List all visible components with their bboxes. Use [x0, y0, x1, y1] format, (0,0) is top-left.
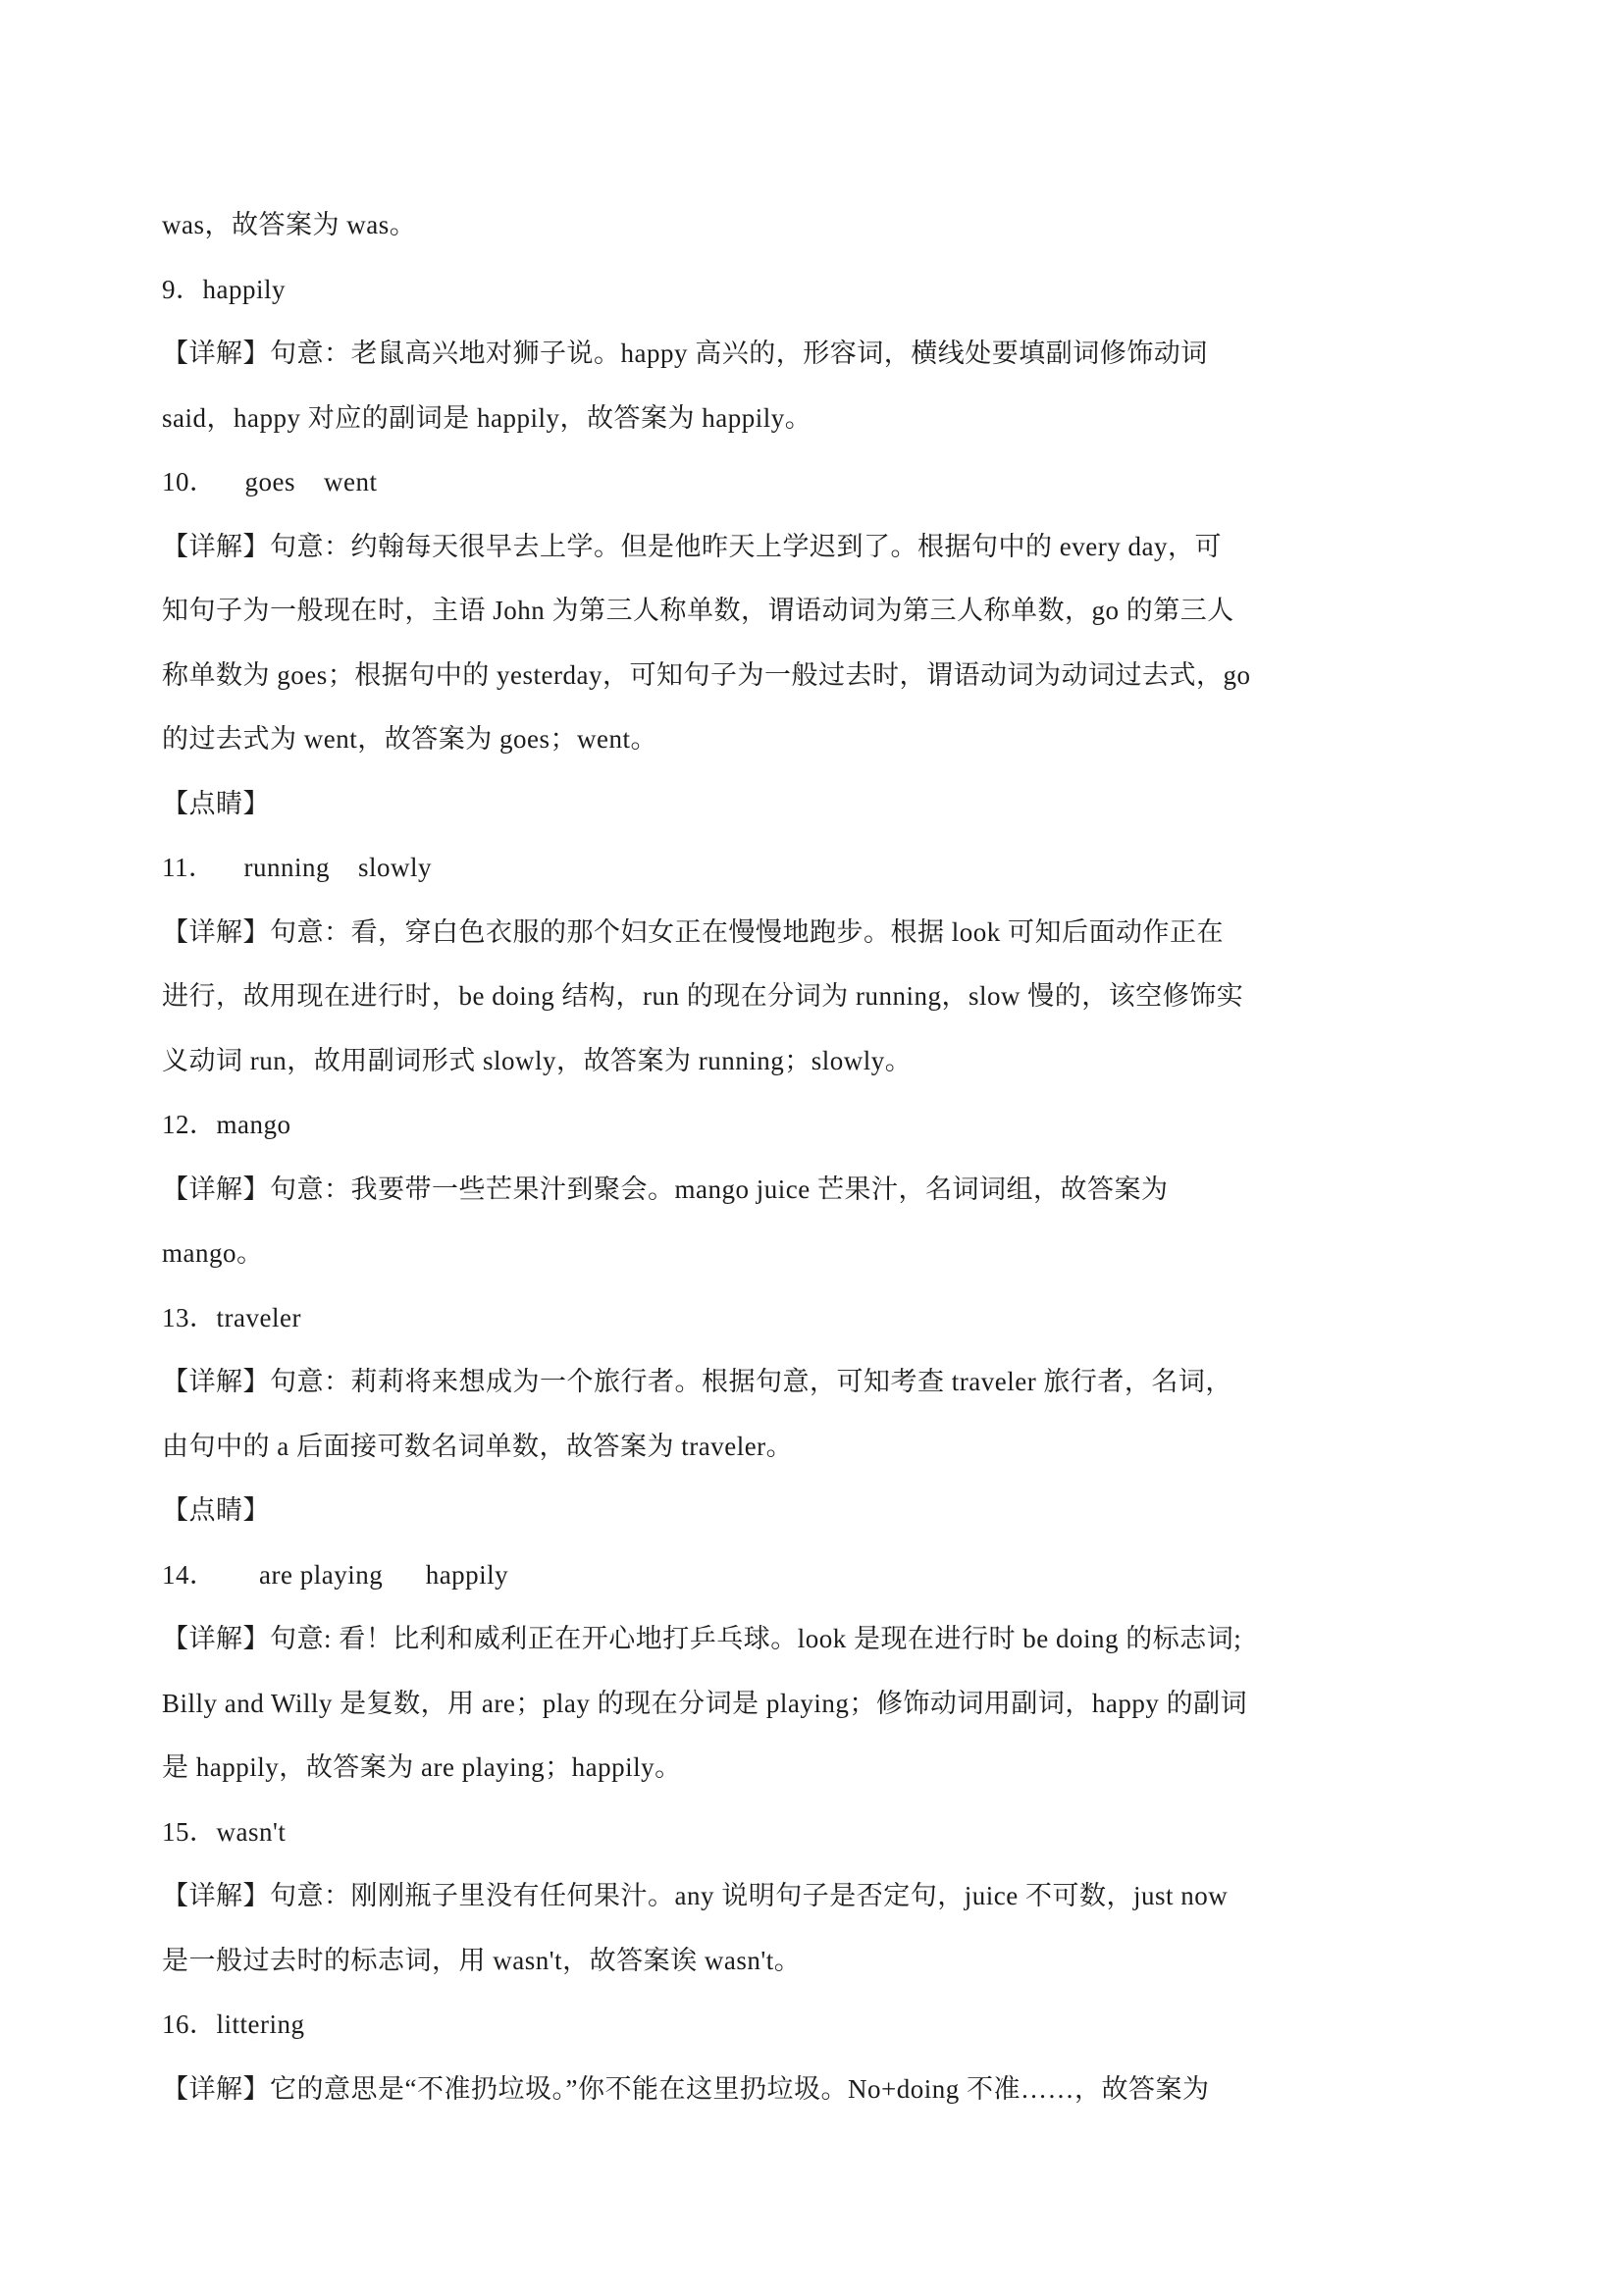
text-line: 【详解】句意：莉莉将来想成为一个旅行者。根据句意，可知考查 traveler 旅… — [162, 1350, 1477, 1415]
text-line: 是一般过去时的标志词，用 wasn't，故答案诶 wasn't。 — [162, 1929, 1477, 1994]
text-line: 【详解】句意：约翰每天很早去上学。但是他昨天上学迟到了。根据句中的 every … — [162, 515, 1477, 580]
text-line: 知句子为一般现在时，主语 John 为第三人称单数，谓语动词为第三人称单数，go… — [162, 579, 1477, 644]
text-line: 12．mango — [162, 1093, 1477, 1158]
text-line: 义动词 run，故用副词形式 slowly，故答案为 running；slowl… — [162, 1029, 1477, 1094]
text-line: 的过去式为 went，故答案为 goes；went。 — [162, 707, 1477, 772]
text-line: 称单数为 goes；根据句中的 yesterday，可知句子为一般过去时，谓语动… — [162, 644, 1477, 708]
text-line: 【详解】句意：刚刚瓶子里没有任何果汁。any 说明句子是否定句，juice 不可… — [162, 1864, 1477, 1929]
text-line: 由句中的 a 后面接可数名词单数，故答案为 traveler。 — [162, 1415, 1477, 1480]
text-line: 【点睛】 — [162, 1479, 1477, 1543]
text-line: 11． running slowly — [162, 836, 1477, 901]
text-line: 14． are playing happily — [162, 1543, 1477, 1608]
text-line: 10． goes went — [162, 450, 1477, 515]
text-line: 是 happily，故答案为 are playing；happily。 — [162, 1736, 1477, 1800]
text-line: 【详解】句意：看，穿白色衣服的那个妇女正在慢慢地跑步。根据 look 可知后面动… — [162, 901, 1477, 965]
text-line: mango。 — [162, 1222, 1477, 1286]
text-line: was，故答案为 was。 — [162, 193, 1477, 258]
text-line: 【详解】句意: 看！比利和威利正在开心地打乒乓球。look 是现在进行时 be … — [162, 1607, 1477, 1672]
text-line: 【点睛】 — [162, 772, 1477, 837]
text-line: 9．happily — [162, 258, 1477, 323]
text-line: Billy and Willy 是复数，用 are；play 的现在分词是 pl… — [162, 1672, 1477, 1737]
text-line: 15．wasn't — [162, 1800, 1477, 1865]
text-line: 13．traveler — [162, 1286, 1477, 1351]
document-page: was，故答案为 was。9．happily【详解】句意：老鼠高兴地对狮子说。h… — [0, 0, 1623, 2296]
answer-explanations-text: was，故答案为 was。9．happily【详解】句意：老鼠高兴地对狮子说。h… — [162, 193, 1477, 2121]
text-line: said，happy 对应的副词是 happily，故答案为 happily。 — [162, 387, 1477, 451]
text-line: 16．littering — [162, 1993, 1477, 2058]
text-line: 【详解】它的意思是“不准扔垃圾。”你不能在这里扔垃圾。No+doing 不准……… — [162, 2058, 1477, 2122]
text-line: 【详解】句意：老鼠高兴地对狮子说。happy 高兴的，形容词，横线处要填副词修饰… — [162, 322, 1477, 387]
text-line: 进行，故用现在进行时，be doing 结构，run 的现在分词为 runnin… — [162, 965, 1477, 1029]
text-line: 【详解】句意：我要带一些芒果汁到聚会。mango juice 芒果汁，名词词组，… — [162, 1158, 1477, 1223]
